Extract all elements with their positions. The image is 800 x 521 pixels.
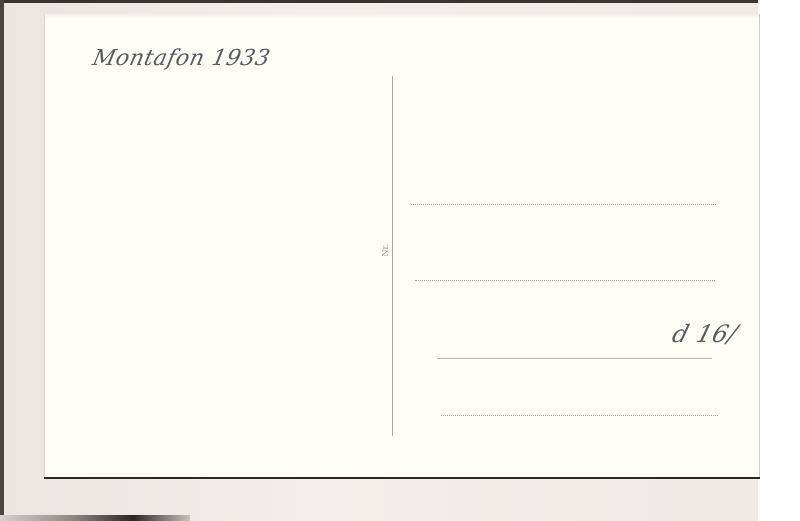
address-line-1 — [411, 204, 716, 205]
center-divider-line — [392, 76, 393, 436]
scan-right-margin — [758, 0, 800, 521]
scan-bottom-strip — [0, 515, 190, 521]
scan-left-edge — [0, 0, 4, 521]
divider-printed-mark: Nr. — [381, 242, 390, 259]
handwritten-corner-note: d 16/ — [669, 320, 741, 348]
card-top-shade — [45, 14, 759, 18]
address-line-3 — [437, 358, 712, 359]
address-line-4 — [441, 415, 718, 416]
postcard-back: Montafon 1933 Nr. d 16/ — [44, 14, 760, 477]
scan-top-edge — [0, 0, 760, 3]
address-line-2 — [415, 280, 715, 281]
handwritten-location-date: Montafon 1933 — [90, 46, 272, 71]
